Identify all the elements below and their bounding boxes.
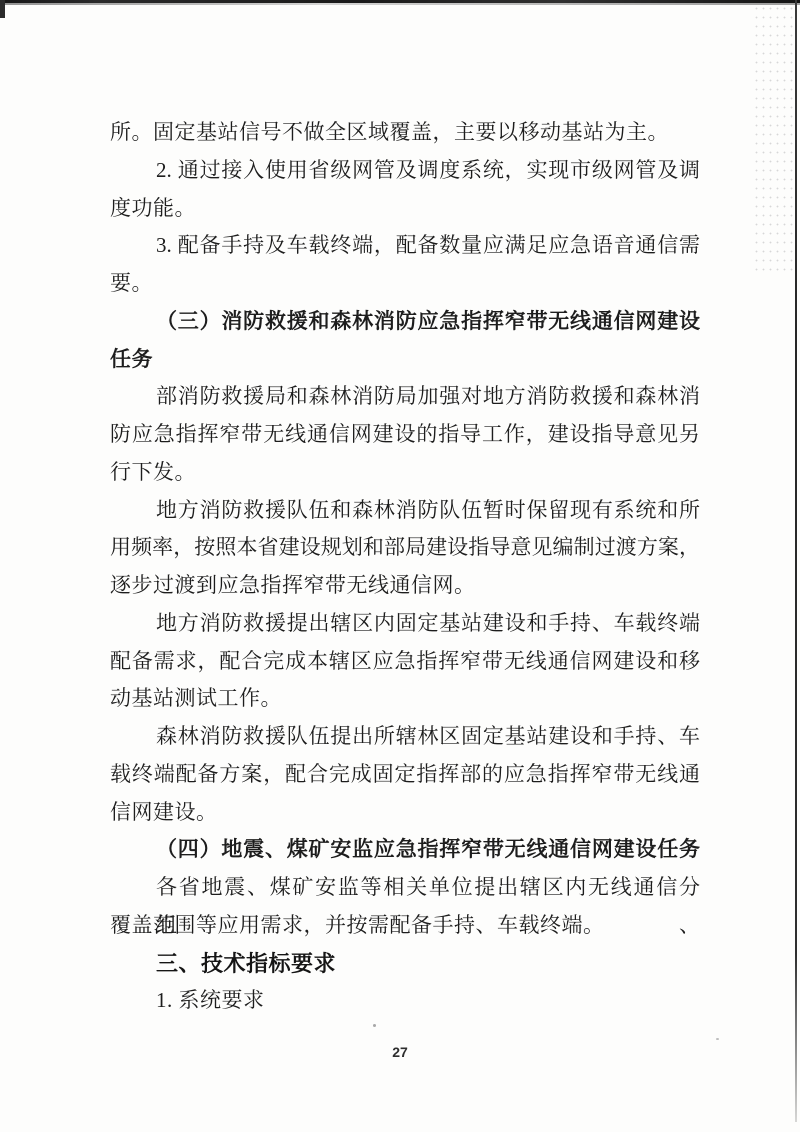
text-line: 度功能。 (110, 190, 700, 228)
text-line: 各省地震、煤矿安监等相关单位提出辖区内无线通信分组、 (110, 869, 700, 907)
scan-edge-top-shadow (0, 3, 800, 5)
text-line: 用频率，按照本省建设规划和部局建设指导意见编制过渡方案， (110, 529, 700, 567)
text-line: 所。固定基站信号不做全区域覆盖，主要以移动基站为主。 (110, 114, 700, 152)
text-line: 防应急指挥窄带无线通信网建设的指导工作，建设指导意见另 (110, 416, 700, 454)
text-line: 2. 通过接入使用省级网管及调度系统，实现市级网管及调 (110, 152, 700, 190)
text-line: 任务 (110, 341, 700, 379)
text-line: 行下发。 (110, 454, 700, 492)
scan-speck (373, 1024, 376, 1027)
text-line: 地方消防救援队伍和森林消防队伍暂时保留现有系统和所 (110, 492, 700, 530)
text-line: 配备需求，配合完成本辖区应急指挥窄带无线通信网建设和移 (110, 643, 700, 681)
text-line: 信网建设。 (110, 794, 700, 832)
text-line: 地方消防救援提出辖区内固定基站建设和手持、车载终端 (110, 605, 700, 643)
scanned-page: 所。固定基站信号不做全区域覆盖，主要以移动基站为主。2. 通过接入使用省级网管及… (0, 0, 800, 1132)
scan-corner-mark (0, 0, 5, 18)
document-body: 所。固定基站信号不做全区域覆盖，主要以移动基站为主。2. 通过接入使用省级网管及… (110, 114, 700, 1020)
text-line: 森林消防救援队伍提出所辖林区固定基站建设和手持、车 (110, 718, 700, 756)
text-line: 3. 配备手持及车载终端，配备数量应满足应急语音通信需 (110, 227, 700, 265)
text-line: 逐步过渡到应急指挥窄带无线通信网。 (110, 567, 700, 605)
text-line: 部消防救援局和森林消防局加强对地方消防救援和森林消 (110, 378, 700, 416)
text-line: （四）地震、煤矿安监应急指挥窄带无线通信网建设任务 (110, 831, 700, 869)
text-line: （三）消防救援和森林消防应急指挥窄带无线通信网建设 (110, 303, 700, 341)
scan-speck (716, 1038, 719, 1040)
text-line: 1. 系统要求 (110, 982, 700, 1020)
text-line: 三、技术指标要求 (110, 945, 700, 983)
text-line: 动基站测试工作。 (110, 680, 700, 718)
page-number: 27 (0, 1044, 800, 1060)
text-line: 载终端配备方案，配合完成固定指挥部的应急指挥窄带无线通 (110, 756, 700, 794)
text-line: 要。 (110, 265, 700, 303)
scan-noise-speckles (753, 4, 797, 272)
